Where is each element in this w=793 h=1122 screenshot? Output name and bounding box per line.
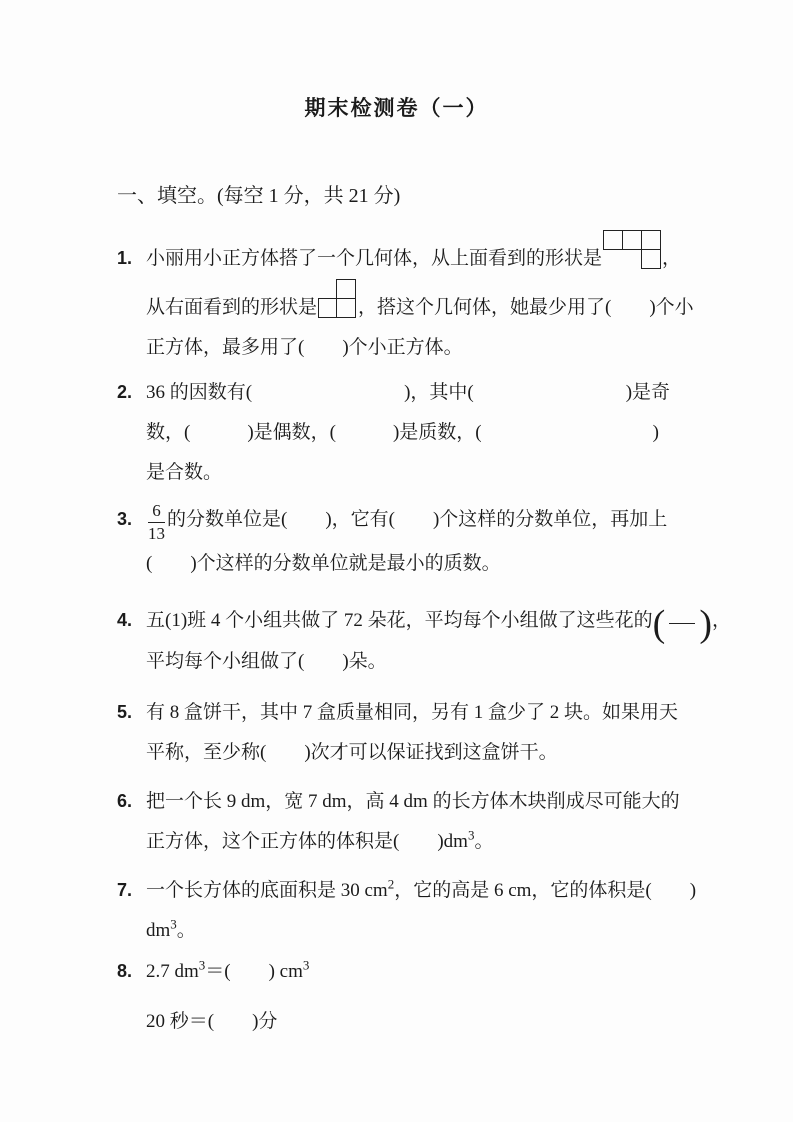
text-line: 6.把一个长 9 dm，宽 7 dm，高 4 dm 的长方体木块削成尽可能大的 [117,781,683,822]
question-text: 平称，至少称( )次才可以保证找到这盒饼干。 [146,742,558,763]
question-text: ( )个这样的分数单位就是最小的质数。 [146,553,501,574]
question-text: 20 秒＝( )分 [146,1011,277,1032]
right-view-shape-icon [318,279,357,318]
question-text: 有 8 盒饼干，其中 7 盒质量相同，另有 1 盒少了 2 块。如果用天 [146,702,678,723]
text-line: 正方体，这个正方体的体积是( )dm3。 [117,822,683,862]
text-line: 数，( )是偶数，( )是质数，( ) [117,413,683,453]
section-heading: 一、填空。(每空 1 分，共 21 分) [117,176,793,216]
question-text: 的分数单位是( )，它有( )个这样的分数单位，再加上 [167,509,667,530]
question-text: 五(1)班 4 个小组共做了 72 朵花，平均每个小组做了这些花的 [146,610,653,631]
text-line: 正方体，最多用了( )个小正方体。 [117,328,683,368]
question-text: ， [662,248,681,269]
text-line: 7.一个长方体的底面积是 30 cm2，它的高是 6 cm，它的体积是( ) [117,870,683,911]
grid-cell [603,230,623,250]
open-paren: ( [653,606,666,642]
text-line: 5.有 8 盒饼干，其中 7 盒质量相同，另有 1 盒少了 2 块。如果用天 [117,692,683,733]
question-text: dm [146,920,170,941]
question-2: 2.36 的因数有( )，其中( )是奇 数，( )是偶数，( )是质数，( )… [117,372,683,493]
question-text: ，搭这个几何体，她最少用了( )个小 [358,297,694,318]
page-title: 期末检测卷（一） [0,0,793,122]
grid-cell [622,230,642,250]
question-5: 5.有 8 盒饼干，其中 7 盒质量相同，另有 1 盒少了 2 块。如果用天 平… [117,692,683,773]
text-line: 从右面看到的形状是，搭这个几何体，她最少用了( )个小 [117,279,683,328]
question-8: 8.2.7 dm3＝( ) cm3 20 秒＝( )分 [117,951,683,1042]
superscript: 3 [303,957,310,972]
question-7: 7.一个长方体的底面积是 30 cm2，它的高是 6 cm，它的体积是( ) d… [117,870,683,951]
question-text: 一个长方体的底面积是 30 cm [146,880,388,901]
question-text: 平均每个小组做了( )朵。 [146,651,387,672]
question-4: 4.五(1)班 4 个小组共做了 72 朵花，平均每个小组做了这些花的()， 平… [117,600,683,682]
question-text: ＝( ) cm [205,961,303,982]
text-line: 4.五(1)班 4 个小组共做了 72 朵花，平均每个小组做了这些花的()， [117,600,683,642]
question-text: ，它的高是 6 cm，它的体积是( ) [394,880,696,901]
text-line: ( )个这样的分数单位就是最小的质数。 [117,544,683,584]
text-line: 是合数。 [117,453,683,493]
question-text: 是合数。 [146,462,222,483]
question-number: 6. [117,781,146,821]
question-6: 6.把一个长 9 dm，宽 7 dm，高 4 dm 的长方体木块削成尽可能大的 … [117,781,683,862]
question-text: 36 的因数有( )，其中( )是奇 [146,382,670,403]
text-line: 平称，至少称( )次才可以保证找到这盒饼干。 [117,733,683,773]
question-number: 5. [117,692,146,732]
question-number: 3. [117,499,146,539]
top-view-shape-icon [603,230,661,269]
question-number: 1. [117,238,146,278]
question-number: 7. [117,870,146,910]
text-line: 20 秒＝( )分 [117,1002,683,1042]
text-line: 1.小丽用小正方体搭了一个几何体，从上面看到的形状是， [117,230,683,279]
grid-cell [336,279,356,299]
question-text: 正方体，这个正方体的体积是( )dm [146,831,468,852]
grid-cell [318,298,338,318]
question-3: 3.613的分数单位是( )，它有( )个这样的分数单位，再加上 ( )个这样的… [117,499,683,584]
question-text: 小丽用小正方体搭了一个几何体，从上面看到的形状是 [146,248,602,269]
fraction-blank-bar [669,623,695,624]
question-text: 2.7 dm [146,961,199,982]
question-text: 。 [177,920,196,941]
question-text: 。 [474,831,493,852]
question-number: 4. [117,600,146,640]
text-line: 2.36 的因数有( )，其中( )是奇 [117,372,683,413]
grid-cell [336,298,356,318]
grid-cell [641,249,661,269]
grid-cell [641,230,661,250]
text-line: 3.613的分数单位是( )，它有( )个这样的分数单位，再加上 [117,499,683,544]
question-number: 8. [117,951,146,991]
question-text: 数，( )是偶数，( )是质数，( ) [146,422,659,443]
fraction-denominator: 13 [148,523,165,544]
question-text: 正方体，最多用了( )个小正方体。 [146,337,463,358]
text-line: dm3。 [117,911,683,951]
question-text: ， [712,610,731,631]
question-text: 把一个长 9 dm，宽 7 dm，高 4 dm 的长方体木块削成尽可能大的 [146,791,680,812]
text-line: 8.2.7 dm3＝( ) cm3 [117,951,683,992]
exam-page: 期末检测卷（一） 一、填空。(每空 1 分，共 21 分) 1.小丽用小正方体搭… [0,0,793,1122]
fraction-blank: () [653,606,712,642]
close-paren: ) [699,606,712,642]
fraction-6-13: 613 [148,501,165,543]
fraction-numerator: 6 [148,501,165,523]
question-text: 从右面看到的形状是 [146,297,317,318]
question-number: 2. [117,372,146,412]
text-line: 平均每个小组做了( )朵。 [117,642,683,682]
question-1: 1.小丽用小正方体搭了一个几何体，从上面看到的形状是， 从右面看到的形状是，搭这… [117,230,683,368]
